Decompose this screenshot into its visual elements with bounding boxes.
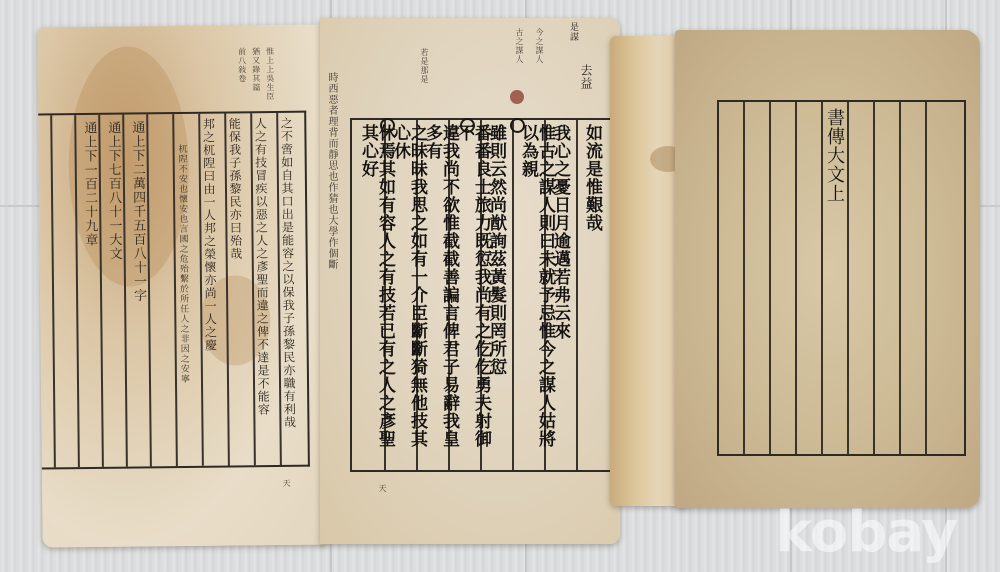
text-column: 之昧昧我思之如有一介臣斷斷猗無他技其心休 <box>391 124 425 464</box>
middle-page: 若是那是 古之謀人 今之謀人 是謀 去益 時西惡者理背而靜思也作猜也大學作個斷 … <box>320 18 620 544</box>
text-column: 人之有技冒疾以惡之人之彥聖而違之俾不達是不能容 <box>254 117 270 457</box>
header-note: 若是那是 <box>420 48 428 108</box>
text-column: 雖則云然尚猷詢茲黃髮則罔所愆 <box>487 124 504 464</box>
watermark-logo: kobay <box>775 500 957 565</box>
text-column: 我心之憂日月逾邁若弗云來 <box>551 124 568 464</box>
header-note: 今之謀人 <box>535 28 543 98</box>
footer-mark: 天 <box>282 479 290 488</box>
ruled-frame: 通上下二萬四千五百八十一字 通上下七百八十一大文 通上下一百二十九章 杌隉不安也… <box>38 111 310 470</box>
text-column: 番番良士旅力既愆我尚有之仡仡勇夫射御不 <box>455 124 489 464</box>
text-column: 違我尚不欲惟截截善諞言俾君子易辭我皇多有 <box>423 124 457 464</box>
total-characters: 通上下二萬四千五百八十一字 <box>130 120 146 450</box>
header-note: 前八敍卷 <box>238 47 247 117</box>
circle-mark <box>460 118 475 133</box>
right-page: 書傳大文上 <box>675 30 980 508</box>
circle-mark <box>510 118 525 133</box>
text-column: 休焉其如有容人之有技若已有之人之彥聖其心好 <box>359 124 393 464</box>
book-title: 書傳大文上 <box>825 108 843 203</box>
header-note: 是謀 <box>568 22 577 112</box>
text-column: 邦之杌隉曰由一人邦之榮懷亦尚一人之慶 <box>202 118 218 458</box>
header-note: 猶又錄其篇 <box>252 47 261 117</box>
header-note: 惟上上吳生臣 <box>266 47 275 117</box>
ruled-frame: 書傳大文上 <box>717 100 966 456</box>
left-page: 前八敍卷 猶又錄其篇 惟上上吳生臣 通上下二萬四千五百八十一字 通上下七百八十一… <box>37 25 325 548</box>
side-annotation: 時西惡者理背而靜思也作猜也大學作個斷 <box>326 72 336 492</box>
text-column: 能保我子孫黎民亦曰殆哉 <box>228 117 244 457</box>
commentary-column: 杌隉不安也懷安也言國之危殆繫於所任人之非因之安寧 <box>177 144 189 464</box>
red-seal-mark <box>510 90 524 104</box>
header-note: 古之謀人 <box>515 28 523 98</box>
text-column: 之不啻如自其口出是能容之以保我子孫黎民亦職有利哉 <box>280 117 296 457</box>
footer-mark: 天 <box>378 484 386 493</box>
text-column: 惟古之謀人則曰未就予忌惟今之謀人姑將以為親 <box>519 124 553 464</box>
total-sentences: 通上下七百八十一大文 <box>106 121 122 451</box>
ruled-frame: 休焉其如有容人之有技若已有之人之彥聖其心好 之昧昧我思之如有一介臣斷斷猗無他技其… <box>350 118 616 472</box>
margin-mark: 去益 <box>580 64 592 90</box>
circle-mark <box>380 118 395 133</box>
text-column: 如流是惟艱哉 <box>583 124 600 464</box>
total-chapters: 通上下一百二十九章 <box>82 121 98 451</box>
